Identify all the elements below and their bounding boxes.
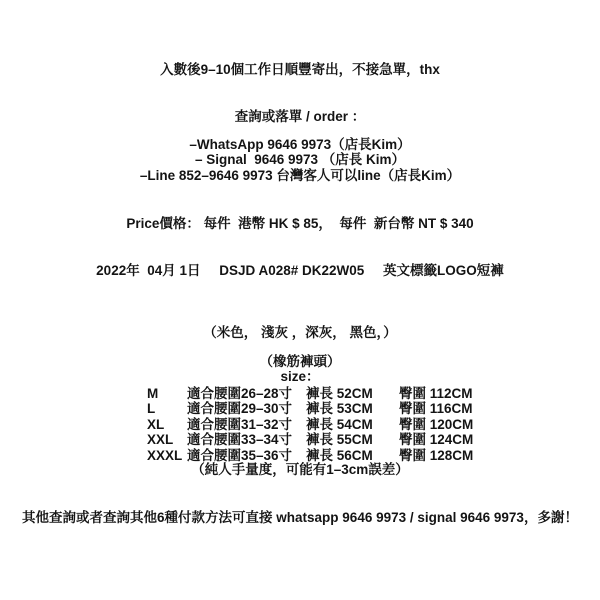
size-label: M	[147, 386, 187, 401]
shipping-notice: 入數後9–10個工作日順豐寄出，不接急單，thx	[0, 62, 600, 78]
waist-range: 適合腰圍29–30寸	[187, 401, 306, 416]
waist-range: 適合腰圍35–36寸	[187, 448, 306, 463]
pants-length: 褲長 53CM	[306, 401, 399, 416]
product-listing-page: 入數後9–10個工作日順豐寄出，不接急單，thx 查詢或落單 / order ：…	[0, 0, 600, 600]
order-heading: 查詢或落單 / order ：	[0, 109, 600, 125]
footer-payment-note: 其他查詢或者查詢其他6種付款方法可直接 whatsapp 9646 9973 /…	[0, 510, 600, 526]
size-heading: size：	[0, 369, 600, 385]
size-label: XXXL	[147, 448, 187, 463]
pants-length: 褲長 55CM	[306, 432, 399, 447]
color-options-line: （米色， 淺灰 ，深灰， 黑色，）	[0, 325, 600, 341]
hip-measure: 臀圍 128CM	[399, 448, 473, 463]
pants-length: 褲長 56CM	[306, 448, 399, 463]
waist-range: 適合腰圍26–28寸	[187, 386, 306, 401]
measurement-note: （純人手量度，可能有1–3cm誤差）	[0, 462, 600, 478]
contact-whatsapp: –WhatsApp 9646 9973（店長Kim）	[0, 137, 600, 152]
size-chart: M 適合腰圍26–28寸 褲長 52CM 臀圍 112CM L 適合腰圍29–3…	[147, 386, 473, 463]
product-code-line: 2022年 04月 1日 DSJD A028# DK22W05 英文標籤LOGO…	[0, 263, 600, 279]
size-row: M 適合腰圍26–28寸 褲長 52CM 臀圍 112CM	[147, 386, 473, 401]
size-row: L 適合腰圍29–30寸 褲長 53CM 臀圍 116CM	[147, 401, 473, 416]
waist-range: 適合腰圍33–34寸	[187, 432, 306, 447]
pants-length: 褲長 54CM	[306, 417, 399, 432]
hip-measure: 臀圍 112CM	[399, 386, 473, 401]
contact-list: –WhatsApp 9646 9973（店長Kim） – Signal 9646…	[0, 137, 600, 183]
hip-measure: 臀圍 116CM	[399, 401, 473, 416]
pants-length: 褲長 52CM	[306, 386, 399, 401]
contact-signal: – Signal 9646 9973 （店長 Kim）	[0, 152, 600, 167]
hip-measure: 臀圍 120CM	[399, 417, 473, 432]
size-row: XXXL 適合腰圍35–36寸 褲長 56CM 臀圍 128CM	[147, 448, 473, 463]
size-label: L	[147, 401, 187, 416]
size-label: XL	[147, 417, 187, 432]
hip-measure: 臀圍 124CM	[399, 432, 473, 447]
size-label: XXL	[147, 432, 187, 447]
waistband-line: （橡筋褲頭）	[0, 354, 600, 370]
size-row: XXL 適合腰圍33–34寸 褲長 55CM 臀圍 124CM	[147, 432, 473, 447]
waist-range: 適合腰圍31–32寸	[187, 417, 306, 432]
price-line: Price價格： 每件 港幣 HK $ 85， 每件 新台幣 NT $ 340	[0, 216, 600, 232]
size-row: XL 適合腰圍31–32寸 褲長 54CM 臀圍 120CM	[147, 417, 473, 432]
contact-line-app: –Line 852–9646 9973 台灣客人可以line（店長Kim）	[0, 168, 600, 183]
